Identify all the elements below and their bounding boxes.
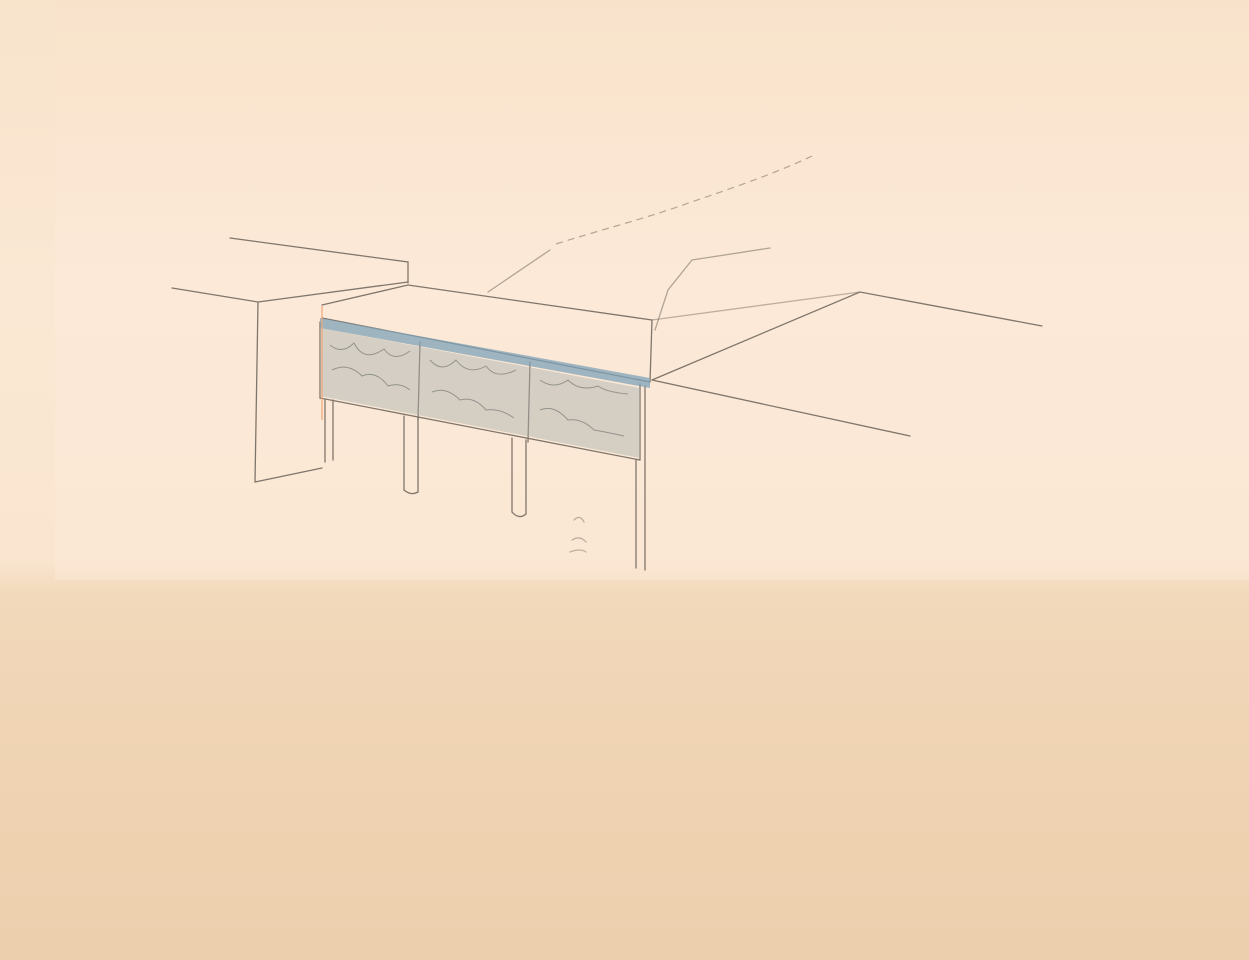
paper-sheet (0, 0, 1249, 960)
desk-sketch (0, 0, 1249, 960)
desktop-back-edge (322, 285, 652, 320)
cabinet-top-line (230, 238, 408, 283)
cabinet-top-back (172, 282, 408, 302)
handwritten-annotation (556, 156, 812, 244)
